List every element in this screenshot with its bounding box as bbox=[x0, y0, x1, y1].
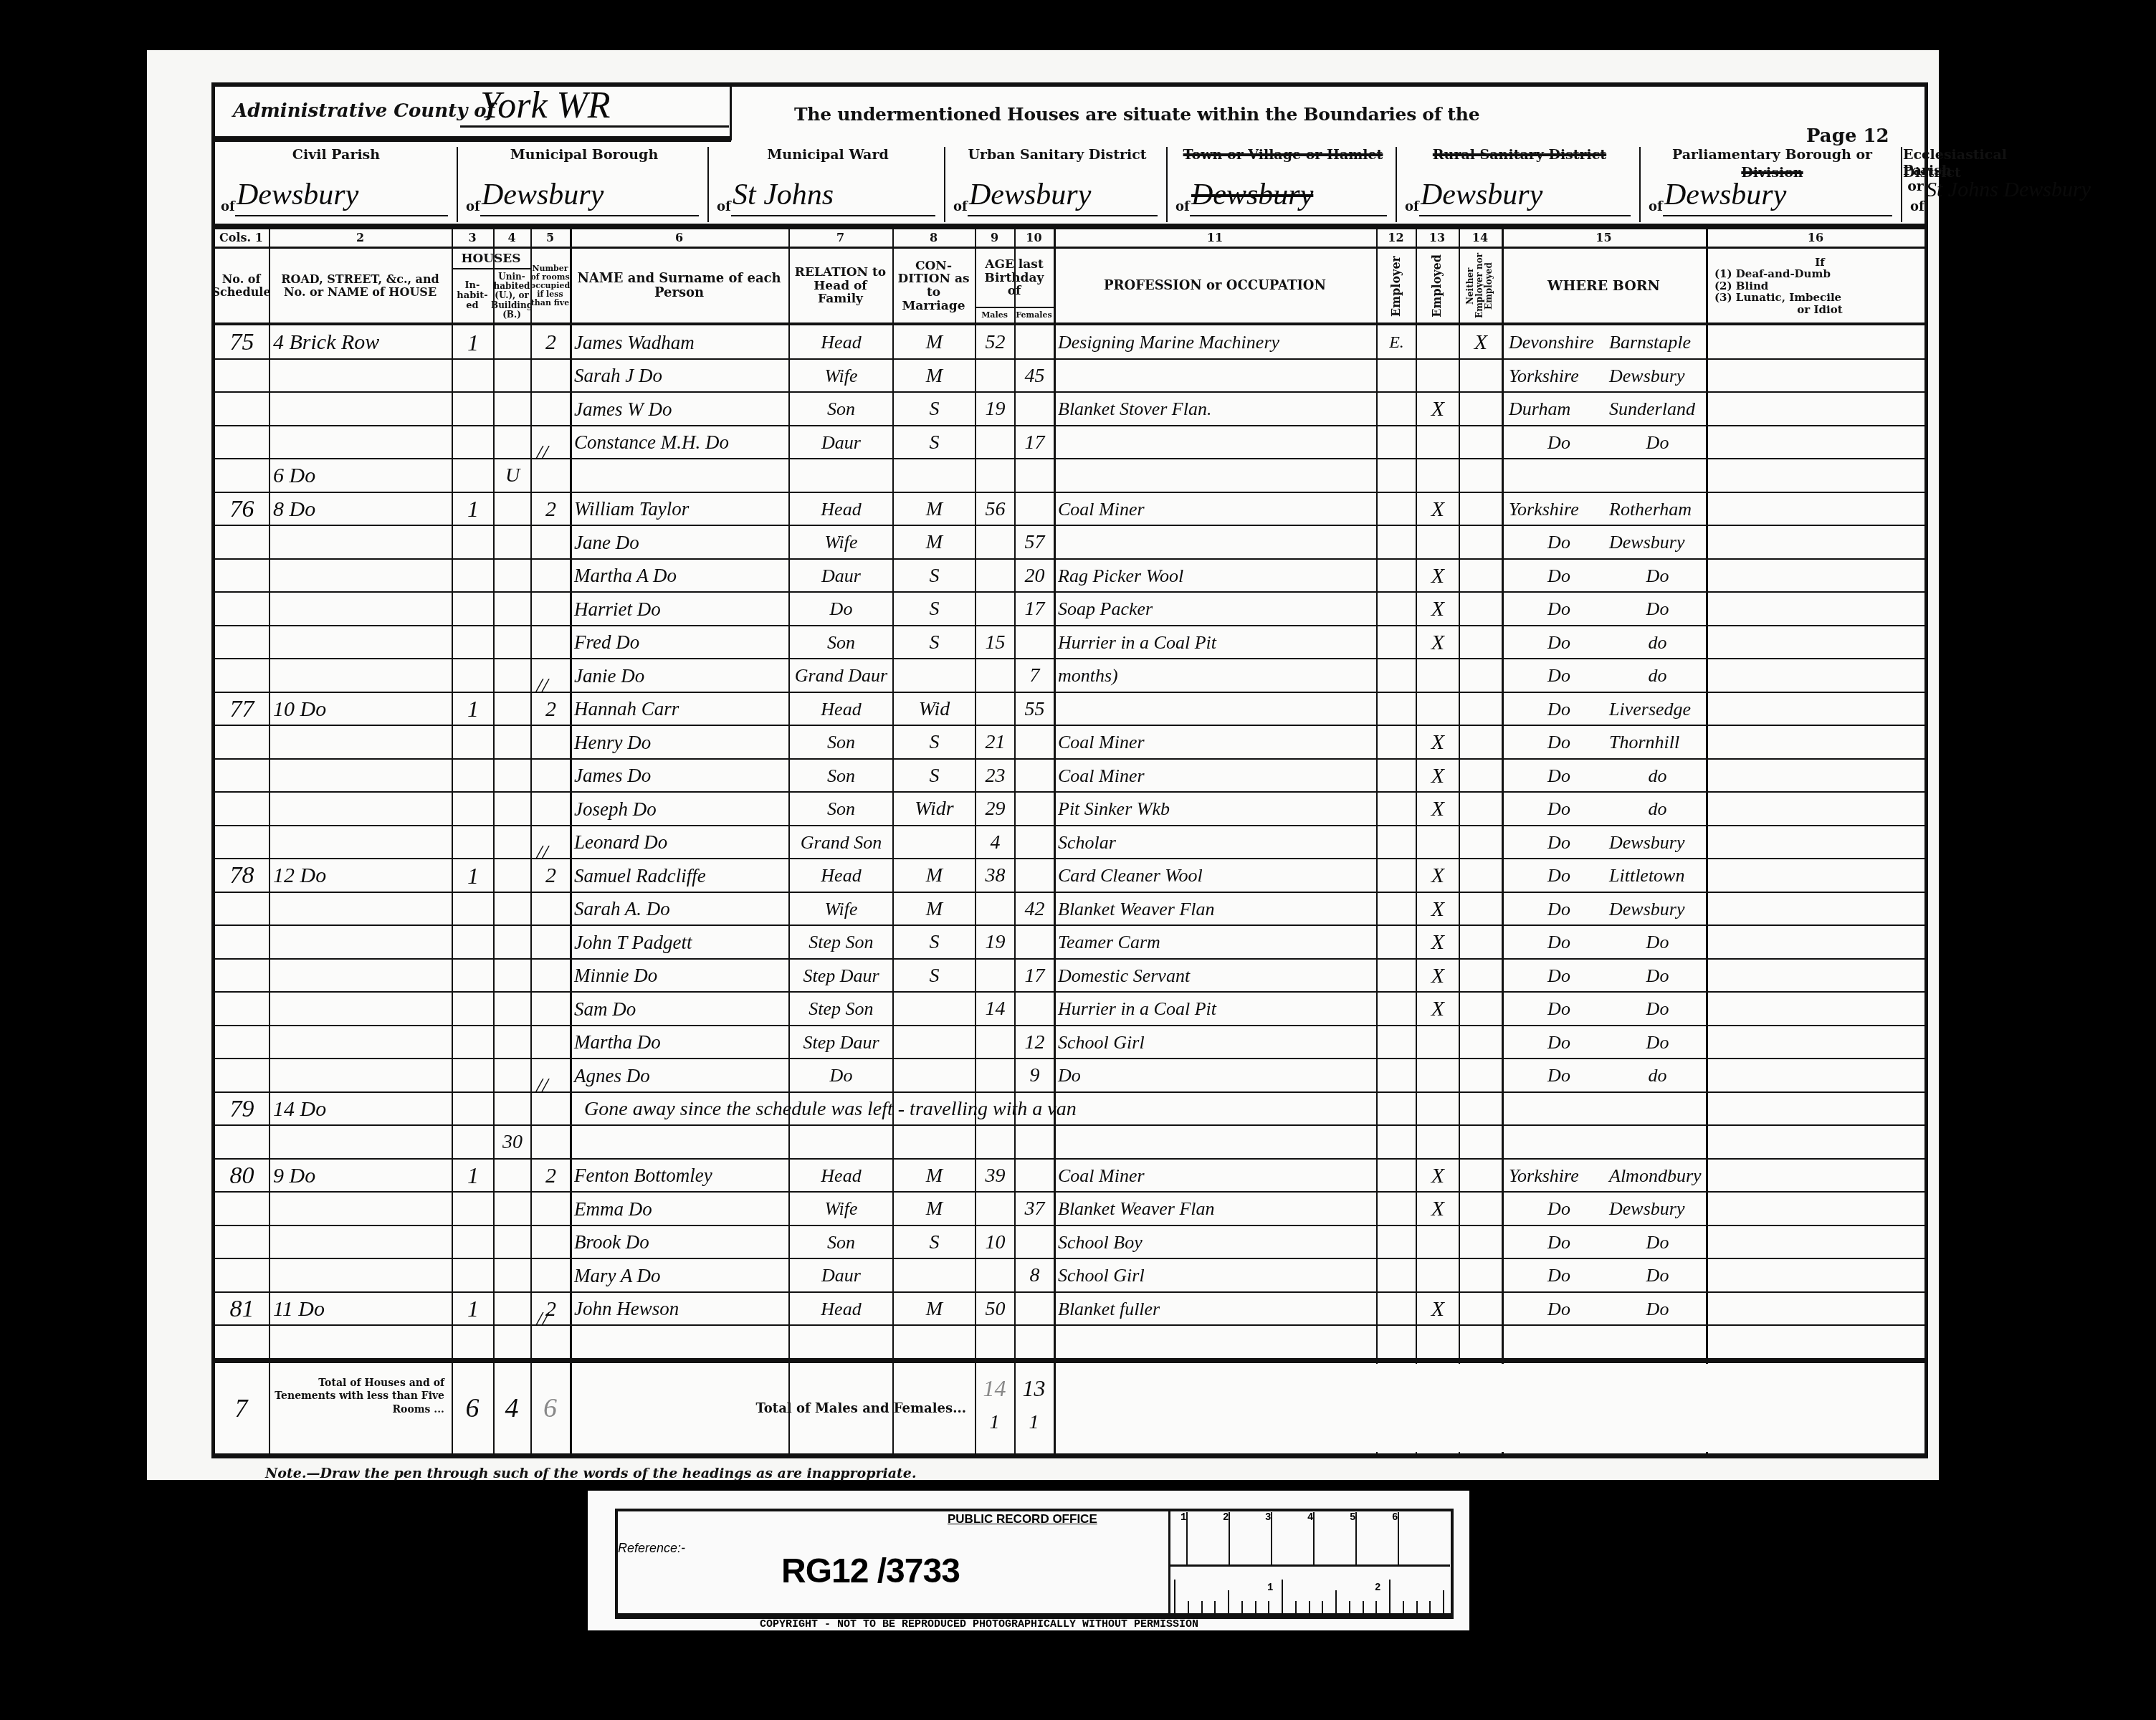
copyright-notice: COPYRIGHT - NOT TO BE REPRODUCED PHOTOGR… bbox=[760, 1618, 1198, 1630]
cell-born-place: Rotherham bbox=[1609, 493, 1706, 527]
cell-born-place: Do bbox=[1609, 1259, 1706, 1293]
header-infirmity-1: (1) Deaf-and-Dumb bbox=[1714, 268, 1831, 280]
column-number: 9 bbox=[975, 229, 1014, 247]
cell-relation: Son bbox=[793, 393, 889, 426]
district-divider bbox=[457, 147, 458, 222]
district-underline bbox=[235, 215, 448, 216]
cell-male: 15 bbox=[979, 626, 1011, 660]
cell-occupation: Teamer Carm bbox=[1058, 926, 1373, 960]
cell-emp-d: X bbox=[1420, 393, 1456, 426]
cell-relation: Wife bbox=[793, 1193, 889, 1226]
ruler-inch-tick bbox=[1416, 1601, 1418, 1615]
header-condition: CON-DITION as to Marriage bbox=[892, 249, 975, 322]
header-houses: HOUSES bbox=[452, 249, 530, 268]
header-inhabited: In-habit-ed bbox=[452, 269, 493, 322]
cell-male: 19 bbox=[979, 393, 1011, 426]
district-rule bbox=[214, 224, 1925, 229]
totals-bottom-rule bbox=[214, 1453, 1925, 1458]
district-label: Urban Sanitary District bbox=[946, 147, 1168, 163]
cell-road: 8 Do bbox=[273, 493, 449, 527]
district-label: Rural Sanitary District bbox=[1398, 147, 1641, 163]
cell-born-county: Do bbox=[1509, 926, 1609, 960]
reference-number: RG12 /3733 bbox=[781, 1552, 960, 1591]
cell-inh: 1 bbox=[456, 326, 490, 360]
cell-born-county: Do bbox=[1509, 859, 1609, 893]
ruler-inch-tick bbox=[1309, 1601, 1310, 1615]
cell-female: 17 bbox=[1019, 960, 1051, 993]
district-underline bbox=[1190, 215, 1387, 216]
cell-schedule: 80 bbox=[218, 1160, 266, 1193]
district-value: St Johns Dewsbury bbox=[1926, 178, 2091, 202]
cell-born-place: Do bbox=[1609, 926, 1706, 960]
ruler-inch-tick bbox=[1188, 1601, 1189, 1615]
cell-occupation: Hurrier in a Coal Pit bbox=[1058, 993, 1373, 1026]
cell-road: 12 Do bbox=[273, 859, 449, 893]
cell-born-place: Thornhill bbox=[1609, 726, 1706, 760]
cell-occupation: Coal Miner bbox=[1058, 493, 1373, 527]
cell-born-place: Do bbox=[1609, 560, 1706, 593]
cell-male: 38 bbox=[979, 859, 1011, 893]
ruler-cm-tick bbox=[1398, 1512, 1399, 1564]
cell-occupation: Do bbox=[1058, 1059, 1373, 1093]
cell-condition: S bbox=[897, 593, 972, 626]
cell-female: 17 bbox=[1019, 426, 1051, 460]
ruler-inch-tick bbox=[1295, 1601, 1297, 1615]
cell-male: 23 bbox=[979, 760, 1011, 793]
header-employer-text: Employer bbox=[1390, 256, 1403, 317]
cell-male: 19 bbox=[979, 926, 1011, 960]
column-number: 6 bbox=[570, 229, 788, 247]
cell-uninh: 30 bbox=[497, 1126, 528, 1160]
district-label: Municipal Borough bbox=[459, 147, 710, 163]
cell-emp-d: X bbox=[1420, 859, 1456, 893]
column-number: 8 bbox=[892, 229, 975, 247]
of-label: of bbox=[221, 199, 235, 214]
ruler-inch-tick bbox=[1201, 1601, 1203, 1615]
header-employed-text: Employed bbox=[1431, 254, 1444, 317]
header-neither: Neither Employer nor Employed bbox=[1459, 249, 1502, 322]
total-females: 13 bbox=[1014, 1371, 1054, 1407]
admin-county-underline bbox=[460, 125, 729, 128]
cell-emp-d: X bbox=[1420, 760, 1456, 793]
cell-relation: Step Daur bbox=[793, 960, 889, 993]
ruler-cm-tick bbox=[1271, 1512, 1272, 1564]
column-number: 4 bbox=[493, 229, 530, 247]
cell-emp-d: X bbox=[1420, 1193, 1456, 1226]
cell-born-place: Dewsbury bbox=[1609, 826, 1706, 860]
cell-emp-d: X bbox=[1420, 960, 1456, 993]
cell-name: Jane Do bbox=[574, 526, 786, 560]
cell-rooms: 2 bbox=[535, 1160, 567, 1193]
cell-note: Gone away since the schedule was left - … bbox=[584, 1093, 1874, 1127]
ruler-inch-label: 2 bbox=[1375, 1582, 1380, 1594]
cell-inh: 1 bbox=[456, 493, 490, 527]
cell-emp-d: X bbox=[1420, 626, 1456, 660]
cell-condition: S bbox=[897, 426, 972, 460]
cell-condition: S bbox=[897, 393, 972, 426]
cell-born-place: do bbox=[1609, 626, 1706, 660]
cell-born-county: Do bbox=[1509, 760, 1609, 793]
header-employer: Employer bbox=[1376, 249, 1416, 322]
cell-schedule: 79 bbox=[218, 1093, 266, 1127]
cell-name: Sam Do bbox=[574, 993, 786, 1026]
cell-male: 4 bbox=[979, 826, 1011, 860]
cell-name: Martha Do bbox=[574, 1026, 786, 1060]
header-females: Females bbox=[1014, 308, 1054, 322]
ruler-inch-tick bbox=[1443, 1590, 1444, 1615]
cell-emp-d: X bbox=[1420, 926, 1456, 960]
total-inhabited: 6 bbox=[452, 1364, 493, 1454]
cell-schedule: 78 bbox=[218, 859, 266, 893]
header-rooms: Number of rooms occupied if less than fi… bbox=[530, 249, 570, 322]
district-label: Town or Village or Hamlet bbox=[1168, 147, 1398, 163]
cell-male: 56 bbox=[979, 493, 1011, 527]
cell-born-county: Devonshire bbox=[1509, 326, 1609, 360]
cell-relation: Step Son bbox=[793, 993, 889, 1026]
district-underline bbox=[1419, 215, 1631, 216]
cell-female: 8 bbox=[1019, 1259, 1051, 1293]
cell-name: Janie Do bbox=[574, 659, 786, 693]
district-label-2: District bbox=[1903, 165, 1928, 181]
ruler-inch-tick bbox=[1429, 1601, 1431, 1615]
of-label: of bbox=[953, 199, 968, 214]
total-uninhabited: 4 bbox=[493, 1364, 530, 1454]
cell-condition: M bbox=[897, 326, 972, 360]
cell-male: 10 bbox=[979, 1226, 1011, 1260]
cell-condition: S bbox=[897, 726, 972, 760]
cell-name: James Do bbox=[574, 760, 786, 793]
boundaries-text: The undermentioned Houses are situate wi… bbox=[794, 104, 1479, 125]
cell-occupation: Coal Miner bbox=[1058, 1160, 1373, 1193]
cell-name: Agnes Do bbox=[574, 1059, 786, 1093]
column-divider bbox=[530, 229, 532, 1453]
ruler-inch-tick bbox=[1349, 1601, 1350, 1615]
cell-female: 12 bbox=[1019, 1026, 1051, 1060]
district-label: Municipal Ward bbox=[710, 147, 946, 163]
cell-occupation: Coal Miner bbox=[1058, 726, 1373, 760]
ruler-inch-tick bbox=[1282, 1580, 1283, 1615]
cell-condition: S bbox=[897, 560, 972, 593]
admin-county-divider bbox=[730, 85, 732, 140]
district-value: St Johns bbox=[733, 178, 834, 212]
cell-emp-d: X bbox=[1420, 593, 1456, 626]
cell-occupation: Rag Picker Wool bbox=[1058, 560, 1373, 593]
cell-uninh: U bbox=[497, 459, 528, 493]
header-infirmity-3: (3) Lunatic, Imbecile bbox=[1714, 292, 1841, 304]
cell-born-county: Do bbox=[1509, 659, 1609, 693]
cell-relation: Head bbox=[793, 859, 889, 893]
cell-name: William Taylor bbox=[574, 493, 786, 527]
cell-condition: S bbox=[897, 626, 972, 660]
cell-emp-d: X bbox=[1420, 560, 1456, 593]
cell-born-county: Yorkshire bbox=[1509, 1160, 1609, 1193]
cell-condition: S bbox=[897, 960, 972, 993]
cell-condition: S bbox=[897, 760, 972, 793]
cell-inh: 1 bbox=[456, 1293, 490, 1327]
cell-occupation: School Girl bbox=[1058, 1026, 1373, 1060]
cell-male: 14 bbox=[979, 993, 1011, 1026]
totals-label-area bbox=[572, 1364, 973, 1453]
cell-born-county: Do bbox=[1509, 1026, 1609, 1060]
column-divider bbox=[892, 229, 894, 1453]
cell-female: 55 bbox=[1019, 693, 1051, 727]
cell-condition: M bbox=[897, 1193, 972, 1226]
of-label: of bbox=[1405, 199, 1419, 214]
district-underline bbox=[968, 215, 1158, 216]
cell-relation: Daur bbox=[793, 560, 889, 593]
header-road: ROAD, STREET, &c., and No. or NAME of HO… bbox=[269, 249, 452, 322]
cell-born-place: Dewsbury bbox=[1609, 1193, 1706, 1226]
ruler-inch-tick bbox=[1363, 1601, 1364, 1615]
column-number: 7 bbox=[788, 229, 892, 247]
cell-schedule: 81 bbox=[218, 1293, 266, 1327]
cell-condition: M bbox=[897, 859, 972, 893]
cell-name: James Wadham bbox=[574, 326, 786, 360]
header-infirmity-if: If bbox=[1815, 257, 1824, 269]
column-number: Cols. 1 bbox=[214, 229, 269, 247]
cell-name: Hannah Carr bbox=[574, 693, 786, 727]
cell-relation: Wife bbox=[793, 360, 889, 393]
cell-relation: Daur bbox=[793, 1259, 889, 1293]
total-males: 14 bbox=[975, 1371, 1014, 1407]
household-separator-mark: // bbox=[536, 1307, 548, 1332]
cell-relation: Son bbox=[793, 793, 889, 826]
household-separator-mark: // bbox=[536, 441, 548, 465]
district-value: Dewsbury bbox=[1191, 178, 1313, 212]
cell-occupation: School Girl bbox=[1058, 1259, 1373, 1293]
column-number: 12 bbox=[1376, 229, 1416, 247]
cell-male: 21 bbox=[979, 726, 1011, 760]
district-divider bbox=[1396, 147, 1397, 222]
cell-name: Sarah J Do bbox=[574, 360, 786, 393]
column-number: 2 bbox=[269, 229, 452, 247]
cell-relation: Head bbox=[793, 693, 889, 727]
cell-road: 6 Do bbox=[273, 459, 449, 493]
cell-name: Martha A Do bbox=[574, 560, 786, 593]
cell-born-county: Durham bbox=[1509, 393, 1609, 426]
cell-emp-d: X bbox=[1420, 1160, 1456, 1193]
cell-relation: Head bbox=[793, 1293, 889, 1327]
cell-rooms: 2 bbox=[535, 493, 567, 527]
cell-born-place: do bbox=[1609, 760, 1706, 793]
cell-emp-d: X bbox=[1420, 493, 1456, 527]
ruler-inch-tick bbox=[1403, 1601, 1404, 1615]
cell-born-place: do bbox=[1609, 793, 1706, 826]
cell-condition: M bbox=[897, 360, 972, 393]
column-divider bbox=[452, 229, 453, 1453]
cell-born-county: Do bbox=[1509, 893, 1609, 927]
of-label: of bbox=[466, 199, 480, 214]
cell-born-county: Do bbox=[1509, 560, 1609, 593]
cell-inh: 1 bbox=[456, 693, 490, 727]
column-divider bbox=[1459, 229, 1460, 1453]
column-number: 11 bbox=[1054, 229, 1376, 247]
cell-occupation: Hurrier in a Coal Pit bbox=[1058, 626, 1373, 660]
cell-neither: X bbox=[1463, 326, 1499, 360]
cell-born-county: Do bbox=[1509, 1059, 1609, 1093]
column-divider bbox=[1706, 229, 1708, 1453]
cell-condition: M bbox=[897, 1293, 972, 1327]
cell-born-county: Do bbox=[1509, 1259, 1609, 1293]
cell-relation: Step Daur bbox=[793, 1026, 889, 1060]
column-number: 14 bbox=[1459, 229, 1502, 247]
page-number: Page 12 bbox=[1806, 125, 1889, 147]
cell-condition: M bbox=[897, 526, 972, 560]
cell-condition: S bbox=[897, 926, 972, 960]
ruler-inch-tick bbox=[1174, 1580, 1175, 1615]
column-divider bbox=[1014, 229, 1016, 1453]
ruler-cm-tick bbox=[1186, 1512, 1188, 1564]
header-relation: RELATION to Head of Family bbox=[788, 249, 892, 322]
district-value: Dewsbury bbox=[482, 178, 604, 212]
total-males-check: 1 bbox=[975, 1408, 1014, 1437]
column-number: 13 bbox=[1416, 229, 1459, 247]
total-houses-label: Total of Houses and of Tenements with le… bbox=[275, 1377, 444, 1418]
column-divider bbox=[269, 229, 270, 1453]
total-females-check: 1 bbox=[1014, 1408, 1054, 1437]
cell-female: 45 bbox=[1019, 360, 1051, 393]
cell-occupation: Blanket Stover Flan. bbox=[1058, 393, 1373, 426]
household-separator-mark: // bbox=[536, 1074, 548, 1098]
totals-blank-area bbox=[1056, 1364, 1923, 1453]
column-number: 5 bbox=[530, 229, 570, 247]
cell-born-place: Littletown bbox=[1609, 859, 1706, 893]
cell-born-place: Almondbury bbox=[1609, 1160, 1706, 1193]
cell-born-county: Yorkshire bbox=[1509, 360, 1609, 393]
cell-condition: Wid bbox=[897, 693, 972, 727]
district-divider bbox=[1639, 147, 1641, 222]
column-number: 15 bbox=[1502, 229, 1706, 247]
cell-road: 4 Brick Row bbox=[273, 326, 449, 360]
cell-relation: Son bbox=[793, 1226, 889, 1260]
cell-born-county: Do bbox=[1509, 626, 1609, 660]
cell-name: Fred Do bbox=[574, 626, 786, 660]
cell-emp-d: X bbox=[1420, 893, 1456, 927]
cell-relation: Head bbox=[793, 326, 889, 360]
cell-inh: 1 bbox=[456, 859, 490, 893]
district-value: Dewsbury bbox=[969, 178, 1091, 212]
cell-road: 9 Do bbox=[273, 1160, 449, 1193]
cell-relation: Wife bbox=[793, 526, 889, 560]
cell-relation: Son bbox=[793, 626, 889, 660]
cell-emp-d: X bbox=[1420, 726, 1456, 760]
cell-name: John T Padgett bbox=[574, 926, 786, 960]
cell-relation: Wife bbox=[793, 893, 889, 927]
column-number-rule bbox=[214, 247, 1925, 249]
cell-occupation: Coal Miner bbox=[1058, 760, 1373, 793]
of-label: of bbox=[1649, 199, 1663, 214]
ruler-midline bbox=[1168, 1564, 1450, 1567]
cell-born-county: Do bbox=[1509, 793, 1609, 826]
cell-name: Joseph Do bbox=[574, 793, 786, 826]
cell-schedule: 77 bbox=[218, 693, 266, 727]
cell-born-county: Do bbox=[1509, 526, 1609, 560]
cell-name: Sarah A. Do bbox=[574, 893, 786, 927]
cell-relation: Son bbox=[793, 726, 889, 760]
cell-name: Brook Do bbox=[574, 1226, 786, 1260]
ruler-inch-tick bbox=[1375, 1601, 1377, 1615]
ruler-inch-tick bbox=[1255, 1601, 1256, 1615]
ruler-inch-label: 1 bbox=[1267, 1582, 1273, 1594]
cell-occupation: School Boy bbox=[1058, 1226, 1373, 1260]
cell-born-place: Liversedge bbox=[1609, 693, 1706, 727]
district-label: Civil Parish bbox=[214, 147, 459, 163]
cell-born-place: Do bbox=[1609, 1293, 1706, 1327]
cell-born-place: Barnstaple bbox=[1609, 326, 1706, 360]
cell-born-county: Yorkshire bbox=[1509, 493, 1609, 527]
header-infirmity-2: (2) Blind bbox=[1714, 280, 1768, 292]
cell-relation: Grand Daur bbox=[793, 659, 889, 693]
cell-born-county: Do bbox=[1509, 426, 1609, 460]
cell-born-place: Dewsbury bbox=[1609, 360, 1706, 393]
district-value: Dewsbury bbox=[1664, 178, 1786, 212]
cell-born-place: do bbox=[1609, 1059, 1706, 1093]
cell-born-county: Do bbox=[1509, 593, 1609, 626]
cell-male: 50 bbox=[979, 1293, 1011, 1327]
cell-road: 11 Do bbox=[273, 1293, 449, 1327]
cell-male: 29 bbox=[979, 793, 1011, 826]
cell-schedule: 75 bbox=[218, 326, 266, 360]
district-divider bbox=[944, 147, 945, 222]
header-where-born: WHERE BORN bbox=[1502, 249, 1706, 322]
cell-male: 39 bbox=[979, 1160, 1011, 1193]
column-number: 10 bbox=[1014, 229, 1054, 247]
cell-occupation: Blanket Weaver Flan bbox=[1058, 893, 1373, 927]
cell-born-county: Do bbox=[1509, 993, 1609, 1026]
district-divider bbox=[707, 147, 709, 222]
cell-relation: Grand Son bbox=[793, 826, 889, 860]
cell-born-county: Do bbox=[1509, 826, 1609, 860]
totals-top-rule bbox=[214, 1360, 1925, 1363]
cell-female: 20 bbox=[1019, 560, 1051, 593]
cell-born-place: Do bbox=[1609, 426, 1706, 460]
district-underline bbox=[1663, 215, 1892, 216]
cell-born-place: Do bbox=[1609, 1226, 1706, 1260]
cell-female: 7 bbox=[1019, 659, 1051, 693]
district-divider bbox=[1901, 147, 1902, 222]
cell-occupation: Scholar bbox=[1058, 826, 1373, 860]
district-divider bbox=[1166, 147, 1168, 222]
cell-female: 17 bbox=[1019, 593, 1051, 626]
ruler-cm-tick bbox=[1229, 1512, 1230, 1564]
cell-born-county: Do bbox=[1509, 1293, 1609, 1327]
ruler-inch-tick bbox=[1214, 1601, 1216, 1615]
column-divider bbox=[788, 229, 790, 1453]
cell-name: Minnie Do bbox=[574, 960, 786, 993]
district-value: Dewsbury bbox=[237, 178, 358, 212]
ruler-inch-tick bbox=[1322, 1601, 1323, 1615]
cell-emp-d: X bbox=[1420, 1293, 1456, 1327]
cell-condition: M bbox=[897, 893, 972, 927]
total-rooms: 6 bbox=[530, 1364, 570, 1454]
cell-born-place: Dewsbury bbox=[1609, 526, 1706, 560]
ruler-inch-tick bbox=[1228, 1590, 1229, 1615]
cell-condition: M bbox=[897, 493, 972, 527]
cell-condition: S bbox=[897, 1226, 972, 1260]
district-underline bbox=[731, 215, 935, 216]
header-infirmity: If(1) Deaf-and-Dumb(2) Blind(3) Lunatic,… bbox=[1706, 249, 1925, 322]
cell-occupation: Blanket fuller bbox=[1058, 1293, 1373, 1327]
cell-female: 42 bbox=[1019, 893, 1051, 927]
column-divider bbox=[493, 229, 495, 1453]
header-employed: Employed bbox=[1416, 249, 1459, 322]
district-value: Dewsbury bbox=[1421, 178, 1542, 212]
cell-occupation: Pit Sinker Wkb bbox=[1058, 793, 1373, 826]
header-occupation: PROFESSION or OCCUPATION bbox=[1054, 249, 1376, 322]
admin-county-value: York WR bbox=[480, 85, 611, 127]
cell-emp-r: E. bbox=[1380, 326, 1413, 360]
cell-inh: 1 bbox=[456, 1160, 490, 1193]
